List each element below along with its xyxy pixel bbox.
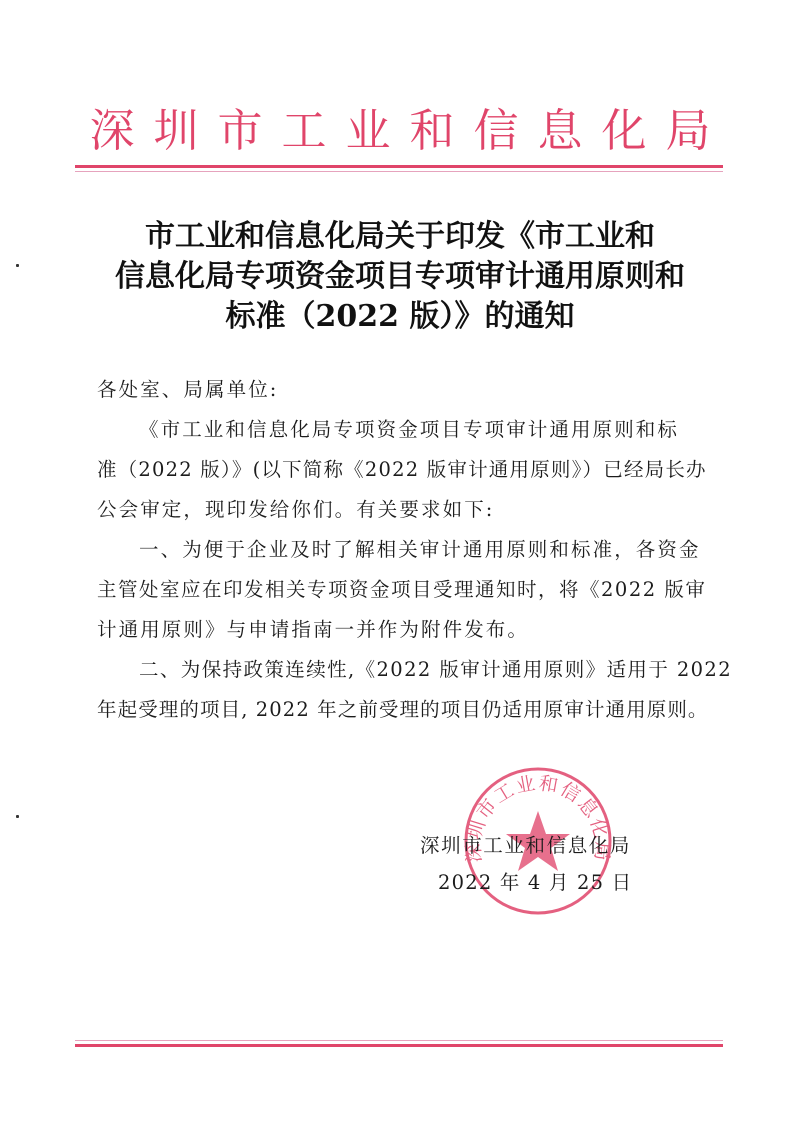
title-line: 标准（2022 版）》的通知 [0, 297, 800, 337]
document-body: 各处室、局属单位: 《市工业和信息化局专项资金项目专项审计通用原则和标 准（20… [97, 370, 712, 730]
salutation: 各处室、局属单位: [97, 370, 712, 410]
title-line: 信息化局专项资金项目专项审计通用原则和 [0, 257, 800, 297]
issue-date: 2022 年 4 月 25 日 [438, 867, 632, 895]
body-line: 年起受理的项目, 2022 年之前受理的项目仍适用原审计通用原则。 [97, 690, 712, 730]
paragraph-item-2: 二、为保持政策连续性,《2022 版审计通用原则》适用于 2022 年起受理的项… [97, 650, 712, 730]
body-line: 二、为保持政策连续性,《2022 版审计通用原则》适用于 2022 [97, 650, 712, 690]
issuer-signature: 深圳市工业和信息化局 [420, 830, 631, 858]
letterhead-rule-thick [75, 165, 723, 168]
body-line: 主管处室应在印发相关专项资金项目受理通知时，将《2022 版审 [97, 570, 712, 610]
body-line: 准（2022 版）》(以下简称《2022 版审计通用原则》）已经局长办 [97, 450, 712, 490]
paragraph-item-1: 一、为便于企业及时了解相关审计通用原则和标准，各资金 主管处室应在印发相关专项资… [97, 530, 712, 650]
body-line: 计通用原则》与申请指南一并作为附件发布。 [97, 610, 712, 650]
body-line: 一、为便于企业及时了解相关审计通用原则和标准，各资金 [97, 530, 712, 570]
document-title: 市工业和信息化局关于印发《市工业和 信息化局专项资金项目专项审计通用原则和 标准… [0, 217, 800, 337]
body-line: 《市工业和信息化局专项资金项目专项审计通用原则和标 [97, 410, 712, 450]
letterhead-rule-thin [75, 171, 723, 172]
letterhead-org-name: 深圳市工业和信息化局 [0, 104, 800, 158]
footer-rule-thin [75, 1040, 723, 1041]
binding-mark [16, 815, 19, 818]
title-line: 市工业和信息化局关于印发《市工业和 [0, 217, 800, 257]
footer-rule-thick [75, 1044, 723, 1047]
body-line: 公会审定，现印发给你们。有关要求如下: [97, 490, 712, 530]
paragraph-intro: 《市工业和信息化局专项资金项目专项审计通用原则和标 准（2022 版）》(以下简… [97, 410, 712, 530]
